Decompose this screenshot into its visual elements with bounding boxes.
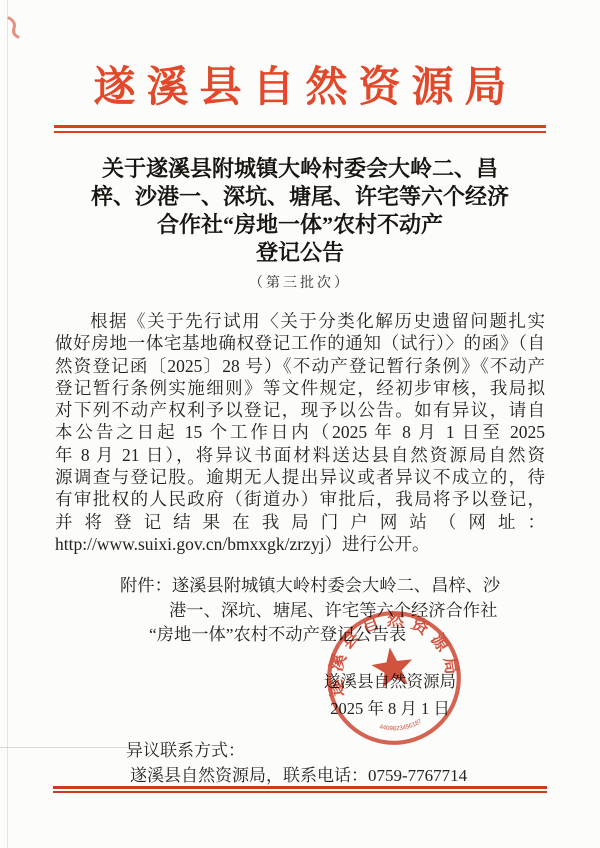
svg-text:4409823456187: 4409823456187 [378, 717, 425, 735]
body-line: 并将登记结果在我局门户网站（网址： [55, 511, 545, 533]
body-line: 登记暂行条例实施细则》等文件规定，经初步审核，我局拟 [55, 377, 545, 399]
scan-edge-artifact [7, 0, 8, 848]
title-line: 合作社“房地一体”农村不动产 [28, 211, 572, 239]
contact-info: 遂溪县自然资源局，联系电话：0759-7767714 [130, 761, 467, 786]
scan-line-artifact [0, 747, 128, 748]
title-line: 关于遂溪县附城镇大岭村委会大岭二、昌 [28, 155, 572, 183]
body-line: 源调查与登记股。逾期无人提出异议或者异议不成立的，待 [55, 466, 545, 488]
body-line: 根据《关于先行试用〈关于分类化解历史遗留问题扎实 [55, 310, 545, 332]
body-line: 年 8 月 21 日），将异议书面材料送达县自然资源局自然资 [55, 444, 545, 466]
body-line-url: http://www.suixi.gov.cn/bmxxgk/zrzyj）进行公… [55, 533, 545, 555]
notice-title: 关于遂溪县附城镇大岭村委会大岭二、昌 梓、沙港一、深坑、塘尾、许宅等六个经济 合… [28, 155, 572, 298]
attachment-line: 附件：遂溪县附城镇大岭村委会大岭二、昌梓、沙 [120, 574, 530, 599]
svg-text:遂溪县自然资源局: 遂溪县自然资源局 [322, 606, 463, 698]
notice-body: 根据《关于先行试用〈关于分类化解历史遗留问题扎实 做好房地一体宅基地确权登记工作… [55, 310, 545, 555]
header-double-rule [54, 125, 546, 133]
footer-double-rule [53, 786, 547, 793]
body-line: 对下列不动产权利予以登记，现予以公告。如有异议，请自 [55, 399, 545, 421]
seal-code-text: 4409823456187 [378, 717, 425, 735]
corner-red-mark [6, 14, 24, 40]
seal-arc-text: 遂溪县自然资源局 [322, 606, 463, 698]
title-line: 梓、沙港一、深坑、塘尾、许宅等六个经济 [28, 183, 572, 211]
batch-subtitle: （第三批次） [28, 270, 572, 298]
agency-masthead: 遂溪县自然资源局 [0, 54, 600, 114]
body-line: 本公告之日起 15 个工作日内（2025 年 8 月 1 日至 2025 [55, 421, 545, 443]
contact-heading: 异议联系方式： [126, 736, 245, 761]
body-line: 做好房地一体宅基地确权登记工作的通知（试行）〉的函》（自 [55, 332, 545, 354]
star-icon [369, 645, 415, 689]
document-page: 遂溪县自然资源局 关于遂溪县附城镇大岭村委会大岭二、昌 梓、沙港一、深坑、塘尾、… [0, 0, 600, 848]
official-seal: 遂溪县自然资源局 4409823456187 [322, 606, 466, 750]
body-line: 然资登记函〔2025〕28 号）《不动产登记暂行条例》《不动产 [55, 355, 545, 377]
title-line: 登记公告 [28, 239, 572, 267]
body-line: 有审批权的人民政府（街道办）审批后，我局将予以登记， [55, 488, 545, 510]
